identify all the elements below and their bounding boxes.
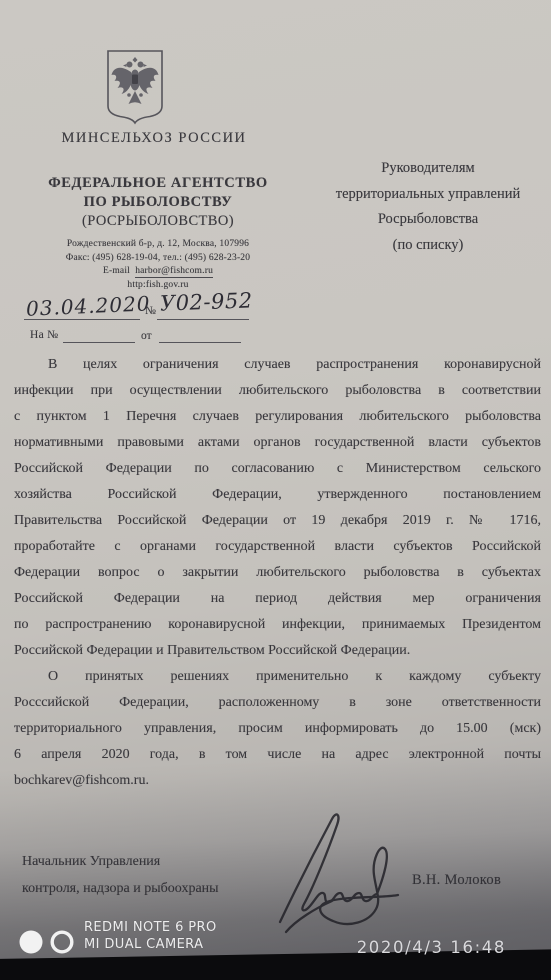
handwritten-outgoing-number: У02-952 <box>160 288 253 315</box>
postal-address: Рождественский б-р, д. 12, Москва, 10799… <box>14 238 302 252</box>
body-line: Российской Федерации и Правительством Ро… <box>14 638 541 664</box>
website: http:fish.gov.ru <box>14 279 302 293</box>
body-line: хозяйства Российской Федерации, утвержде… <box>14 482 541 508</box>
body-line: проработайте с органами государственной … <box>14 534 541 560</box>
addressee-line2: территориальных управлений <box>320 182 536 208</box>
addressee-line3: Росрыболовства <box>320 207 536 233</box>
handwritten-date: 03.04.2020 <box>26 291 151 320</box>
reply-from-label: от <box>141 330 152 342</box>
body-line: территориального управления, просим инфо… <box>14 716 541 742</box>
body-line: Российской Федерации по согласованию с М… <box>14 456 541 482</box>
email-address: harbor@fishcom.ru <box>135 266 213 278</box>
letter-body: В целях ограничения случаев распростране… <box>14 352 541 794</box>
body-line: нормативными правовыми актами органов го… <box>14 430 541 456</box>
addressee-line1: Руководителям <box>320 156 536 182</box>
reply-number-blank <box>63 342 135 343</box>
body-line: Федерации вопрос о закрытии любительског… <box>14 560 541 586</box>
camera-dots-icon <box>18 928 78 961</box>
body-line: инфекции при осуществлении любительского… <box>14 378 541 404</box>
body-line: О принятых решениях применительно к кажд… <box>14 664 541 690</box>
agency-line1: ФЕДЕРАЛЬНОЕ АГЕНТСТВО <box>14 174 302 193</box>
ministry-name: МИНСЕЛЬХОЗ РОССИИ <box>40 130 268 147</box>
signer-title-line2: контроля, надзора и рыбоохраны <box>22 875 219 902</box>
signer-title-line1: Начальник Управления <box>22 848 219 875</box>
camera-model: REDMI NOTE 6 PRO <box>84 920 217 937</box>
photo-timestamp: 2020/4/3 16:48 <box>340 938 506 957</box>
body-line: Росссийской Федерации, расположенному в … <box>14 690 541 716</box>
reply-from-blank <box>159 342 241 343</box>
body-line: 6 апреля 2020 года, в том числе на адрес… <box>14 742 541 768</box>
email-label: E-mail <box>103 266 130 276</box>
body-line: с пунктом 1 Перечня случаев регулировани… <box>14 404 541 430</box>
body-line: по распространению коронавирусной инфекц… <box>14 612 541 638</box>
reply-number-label: На № <box>30 329 58 341</box>
number-sign: № <box>145 305 156 317</box>
body-line: Правительства Российской Федерации от 19… <box>14 508 541 534</box>
agency-name-block: ФЕДЕРАЛЬНОЕ АГЕНТСТВО ПО РЫБОЛОВСТВУ (РО… <box>14 174 302 231</box>
agency-line2: ПО РЫБОЛОВСТВУ <box>14 193 302 212</box>
russian-eagle-crest-icon <box>104 48 166 131</box>
body-line: Российской Федерации на период действия … <box>14 586 541 612</box>
email-line: E-mail harbor@fishcom.ru <box>14 265 302 279</box>
body-line: bochkarev@fishcom.ru. <box>14 768 541 794</box>
body-line: В целях ограничения случаев распростране… <box>14 352 541 378</box>
addressee-line4: (по списку) <box>320 233 536 259</box>
signer-title: Начальник Управления контроля, надзора и… <box>22 848 219 902</box>
phone-fax-line: Факс: (495) 628-19-04, тел.: (495) 628-2… <box>14 252 302 266</box>
document-photo: МИНСЕЛЬХОЗ РОССИИ ФЕДЕРАЛЬНОЕ АГЕНТСТВО … <box>0 0 551 980</box>
agency-line3: (РОСРЫБОЛОВСТВО) <box>14 212 302 231</box>
signer-name: В.Н. Молоков <box>412 872 501 889</box>
addressee-block: Руководителям территориальных управлений… <box>320 156 536 258</box>
number-underline <box>157 319 249 320</box>
handwritten-signature <box>272 808 422 943</box>
camera-watermark: REDMI NOTE 6 PRO MI DUAL CAMERA <box>84 920 217 953</box>
camera-type: MI DUAL CAMERA <box>84 937 217 954</box>
date-underline <box>24 319 140 320</box>
contacts-block: Рождественский б-р, д. 12, Москва, 10799… <box>14 238 302 292</box>
